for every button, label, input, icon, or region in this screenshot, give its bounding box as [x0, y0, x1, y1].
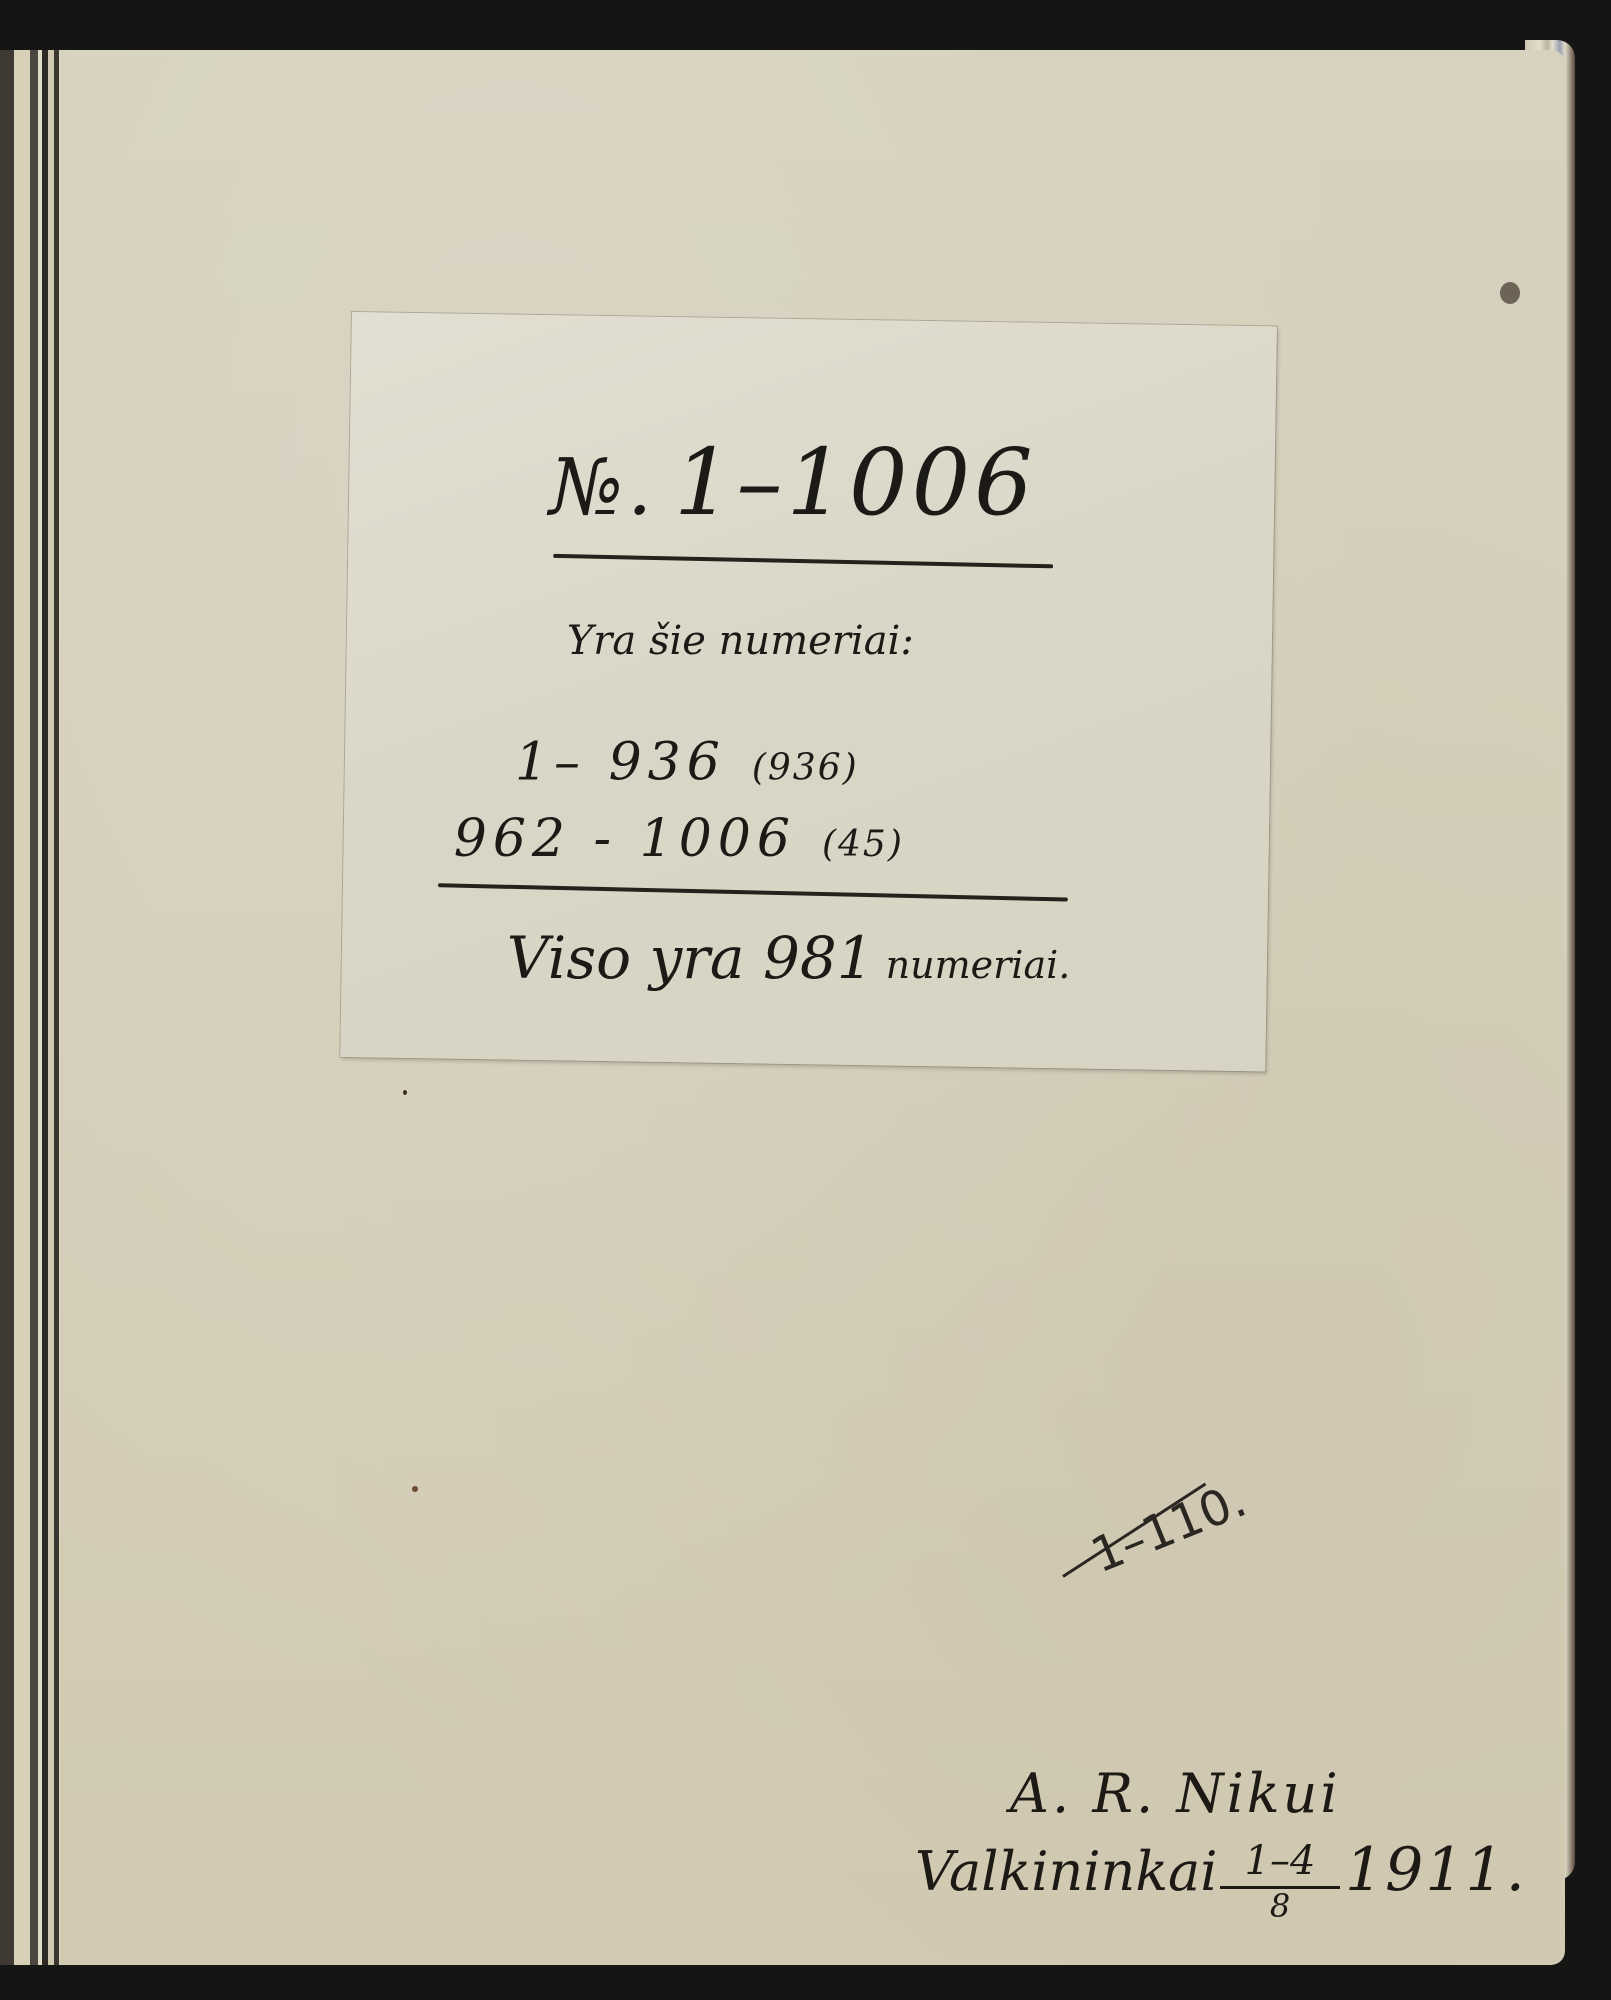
- pasted-label: №.1–1006 Yra šie numeriai: 1– 936(936) 9…: [340, 312, 1277, 1071]
- range-value: 962 - 1006: [454, 809, 796, 869]
- ink-stain: [1500, 282, 1520, 304]
- range-value: 1– 936: [515, 732, 726, 792]
- scanned-document: №.1–1006 Yra šie numeriai: 1– 936(936) 9…: [0, 0, 1611, 2000]
- sum-divider: [438, 883, 1068, 901]
- number-sign: №.: [549, 443, 656, 533]
- register-range-title: №.1–1006: [549, 429, 1036, 536]
- range-row: 962 - 1006(45): [454, 809, 904, 869]
- dirt-spot: [412, 1486, 418, 1492]
- signature-year: 1911.: [1345, 1835, 1527, 1905]
- range-count: (936): [752, 747, 859, 788]
- signature-name: A. R. Nikui: [1010, 1762, 1341, 1825]
- total-value: Viso yra 981: [507, 924, 874, 992]
- title-underline: [553, 554, 1053, 568]
- date-denominator: 8: [1220, 1889, 1340, 1923]
- subtitle: Yra šie numeriai:: [567, 618, 914, 664]
- signature-place: Valkininkai: [915, 1840, 1218, 1903]
- title-range: 1–1006: [674, 429, 1037, 536]
- range-row: 1– 936(936): [515, 732, 859, 792]
- date-numerator: 1–4: [1220, 1838, 1340, 1889]
- total-line: Viso yra 981numeriai.: [507, 924, 1070, 992]
- total-suffix: numeriai.: [886, 943, 1071, 987]
- signature-date-fraction: 1–4 8: [1220, 1838, 1340, 1923]
- dirt-spot: [403, 1090, 407, 1095]
- range-count: (45): [822, 824, 904, 865]
